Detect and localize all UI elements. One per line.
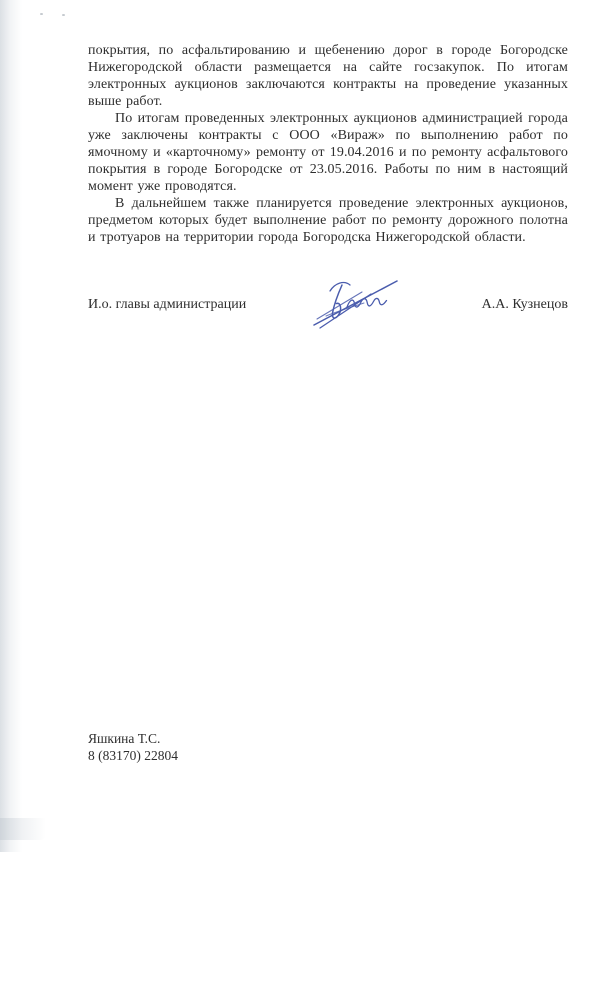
signature-title: И.о. главы администрации bbox=[88, 297, 246, 313]
contact-footer: Яшкина Т.С. 8 (83170) 22804 bbox=[88, 730, 178, 764]
contact-name: Яшкина Т.С. bbox=[88, 730, 178, 747]
letter-body: покрытия, по асфальтированию и щебенению… bbox=[88, 42, 568, 246]
paragraph: По итогам проведенных электронных аукцио… bbox=[88, 110, 568, 195]
paragraph: В дальнейшем также планируется проведени… bbox=[88, 195, 568, 246]
scan-speck bbox=[40, 13, 43, 15]
signer-name: А.А. Кузнецов bbox=[482, 297, 568, 313]
scan-speck bbox=[62, 14, 65, 16]
handwritten-signature-icon bbox=[300, 272, 408, 334]
scan-edge-shadow bbox=[0, 0, 22, 852]
scan-edge-shadow-foot bbox=[0, 818, 46, 840]
paragraph: покрытия, по асфальтированию и щебенению… bbox=[88, 42, 568, 110]
contact-phone: 8 (83170) 22804 bbox=[88, 747, 178, 764]
scanned-letter-page: покрытия, по асфальтированию и щебенению… bbox=[0, 0, 607, 1000]
